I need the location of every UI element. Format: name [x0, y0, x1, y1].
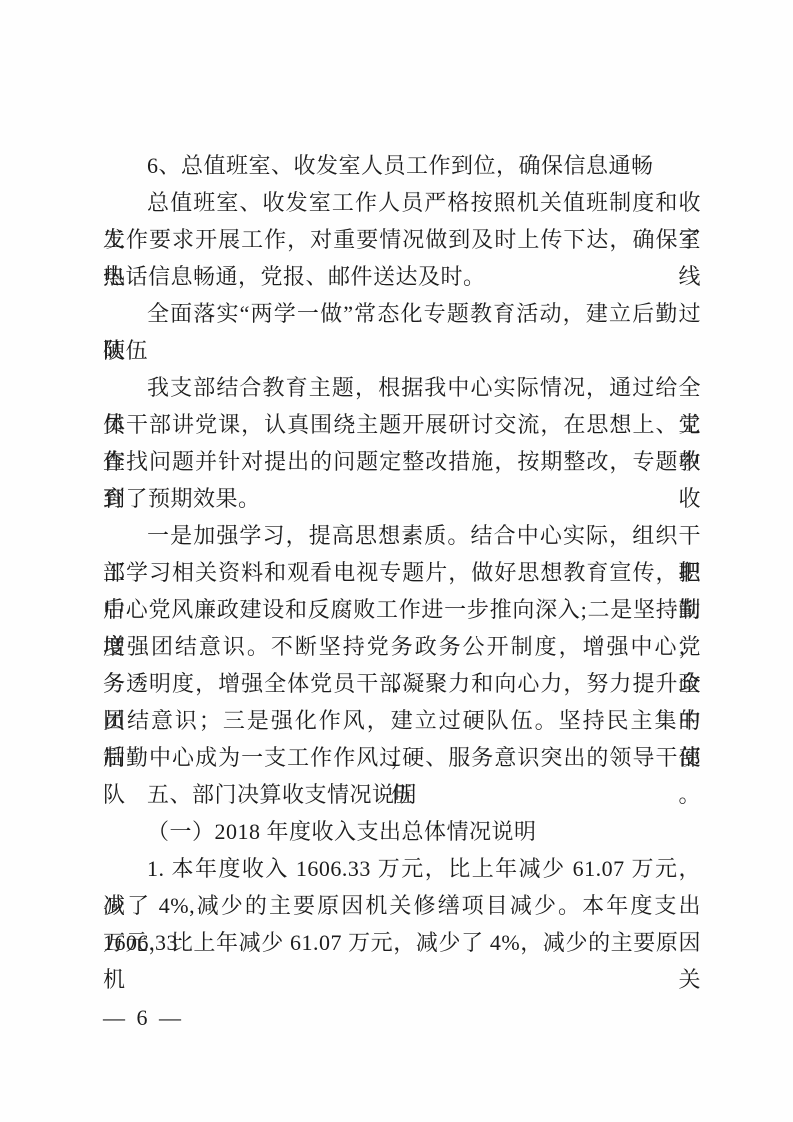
text-line: 务透明度，增强全体党员干部凝聚力和向心力，努力提升全员的 [103, 665, 701, 702]
text-line: 增强团结意识。不断坚持党务政务公开制度，增强中心党务、政 [103, 628, 701, 665]
page-number: — 6 — [103, 1005, 184, 1031]
text-line: 总值班室、收发室工作人员严格按照机关值班制度和收发室 [103, 184, 701, 221]
text-line: 中心党风廉政建设和反腐败工作进一步推向深入;二是坚持制度， [103, 591, 701, 628]
text-line: 6、总值班室、收发室人员工作到位，确保信息通畅 [103, 147, 701, 184]
text-line: 一是加强学习，提高思想素质。结合中心实际，组织干部职 [103, 517, 701, 554]
text-line: 少了 4%,减少的主要原因机关修缮项目减少。本年度支出 1606.33 [103, 887, 701, 924]
text-line: 工作要求开展工作，对重要情况做到及时上传下达，确保了热线 [103, 221, 701, 258]
text-line: 工学习相关资料和观看电视专题片，做好思想教育宣传，把后勤 [103, 554, 701, 591]
text-line: 我支部结合教育主题，根据我中心实际情况，通过给全体党 [103, 369, 701, 406]
document-body: 6、总值班室、收发室人员工作到位，确保信息通畅 总值班室、收发室工作人员严格按照… [103, 147, 701, 961]
text-line: 队伍 [103, 332, 701, 369]
text-line: 后勤中心成为一支工作作风过硬、服务意识突出的领导干部队伍。 [103, 739, 701, 776]
text-line: 团结意识；三是强化作风，建立过硬队伍。坚持民主集中制，使 [103, 702, 701, 739]
text-line: 员干部讲党课，认真围绕主题开展研讨交流，在思想上、工作中 [103, 406, 701, 443]
document-page: 6、总值班室、收发室人员工作到位，确保信息通畅 总值班室、收发室工作人员严格按照… [0, 0, 793, 1122]
text-line: 查找问题并针对提出的问题定整改措施，按期整改，专题教育收 [103, 443, 701, 480]
text-line: 万元，比上年减少 61.07 万元，减少了 4%，减少的主要原因机关 [103, 924, 701, 961]
subsection-heading: （一）2018 年度收入支出总体情况说明 [103, 813, 701, 850]
text-line: 1. 本年度收入 1606.33 万元，比上年减少 61.07 万元，减 [103, 850, 701, 887]
text-line: 全面落实“两学一做”常态化专题教育活动，建立后勤过硬 [103, 295, 701, 332]
